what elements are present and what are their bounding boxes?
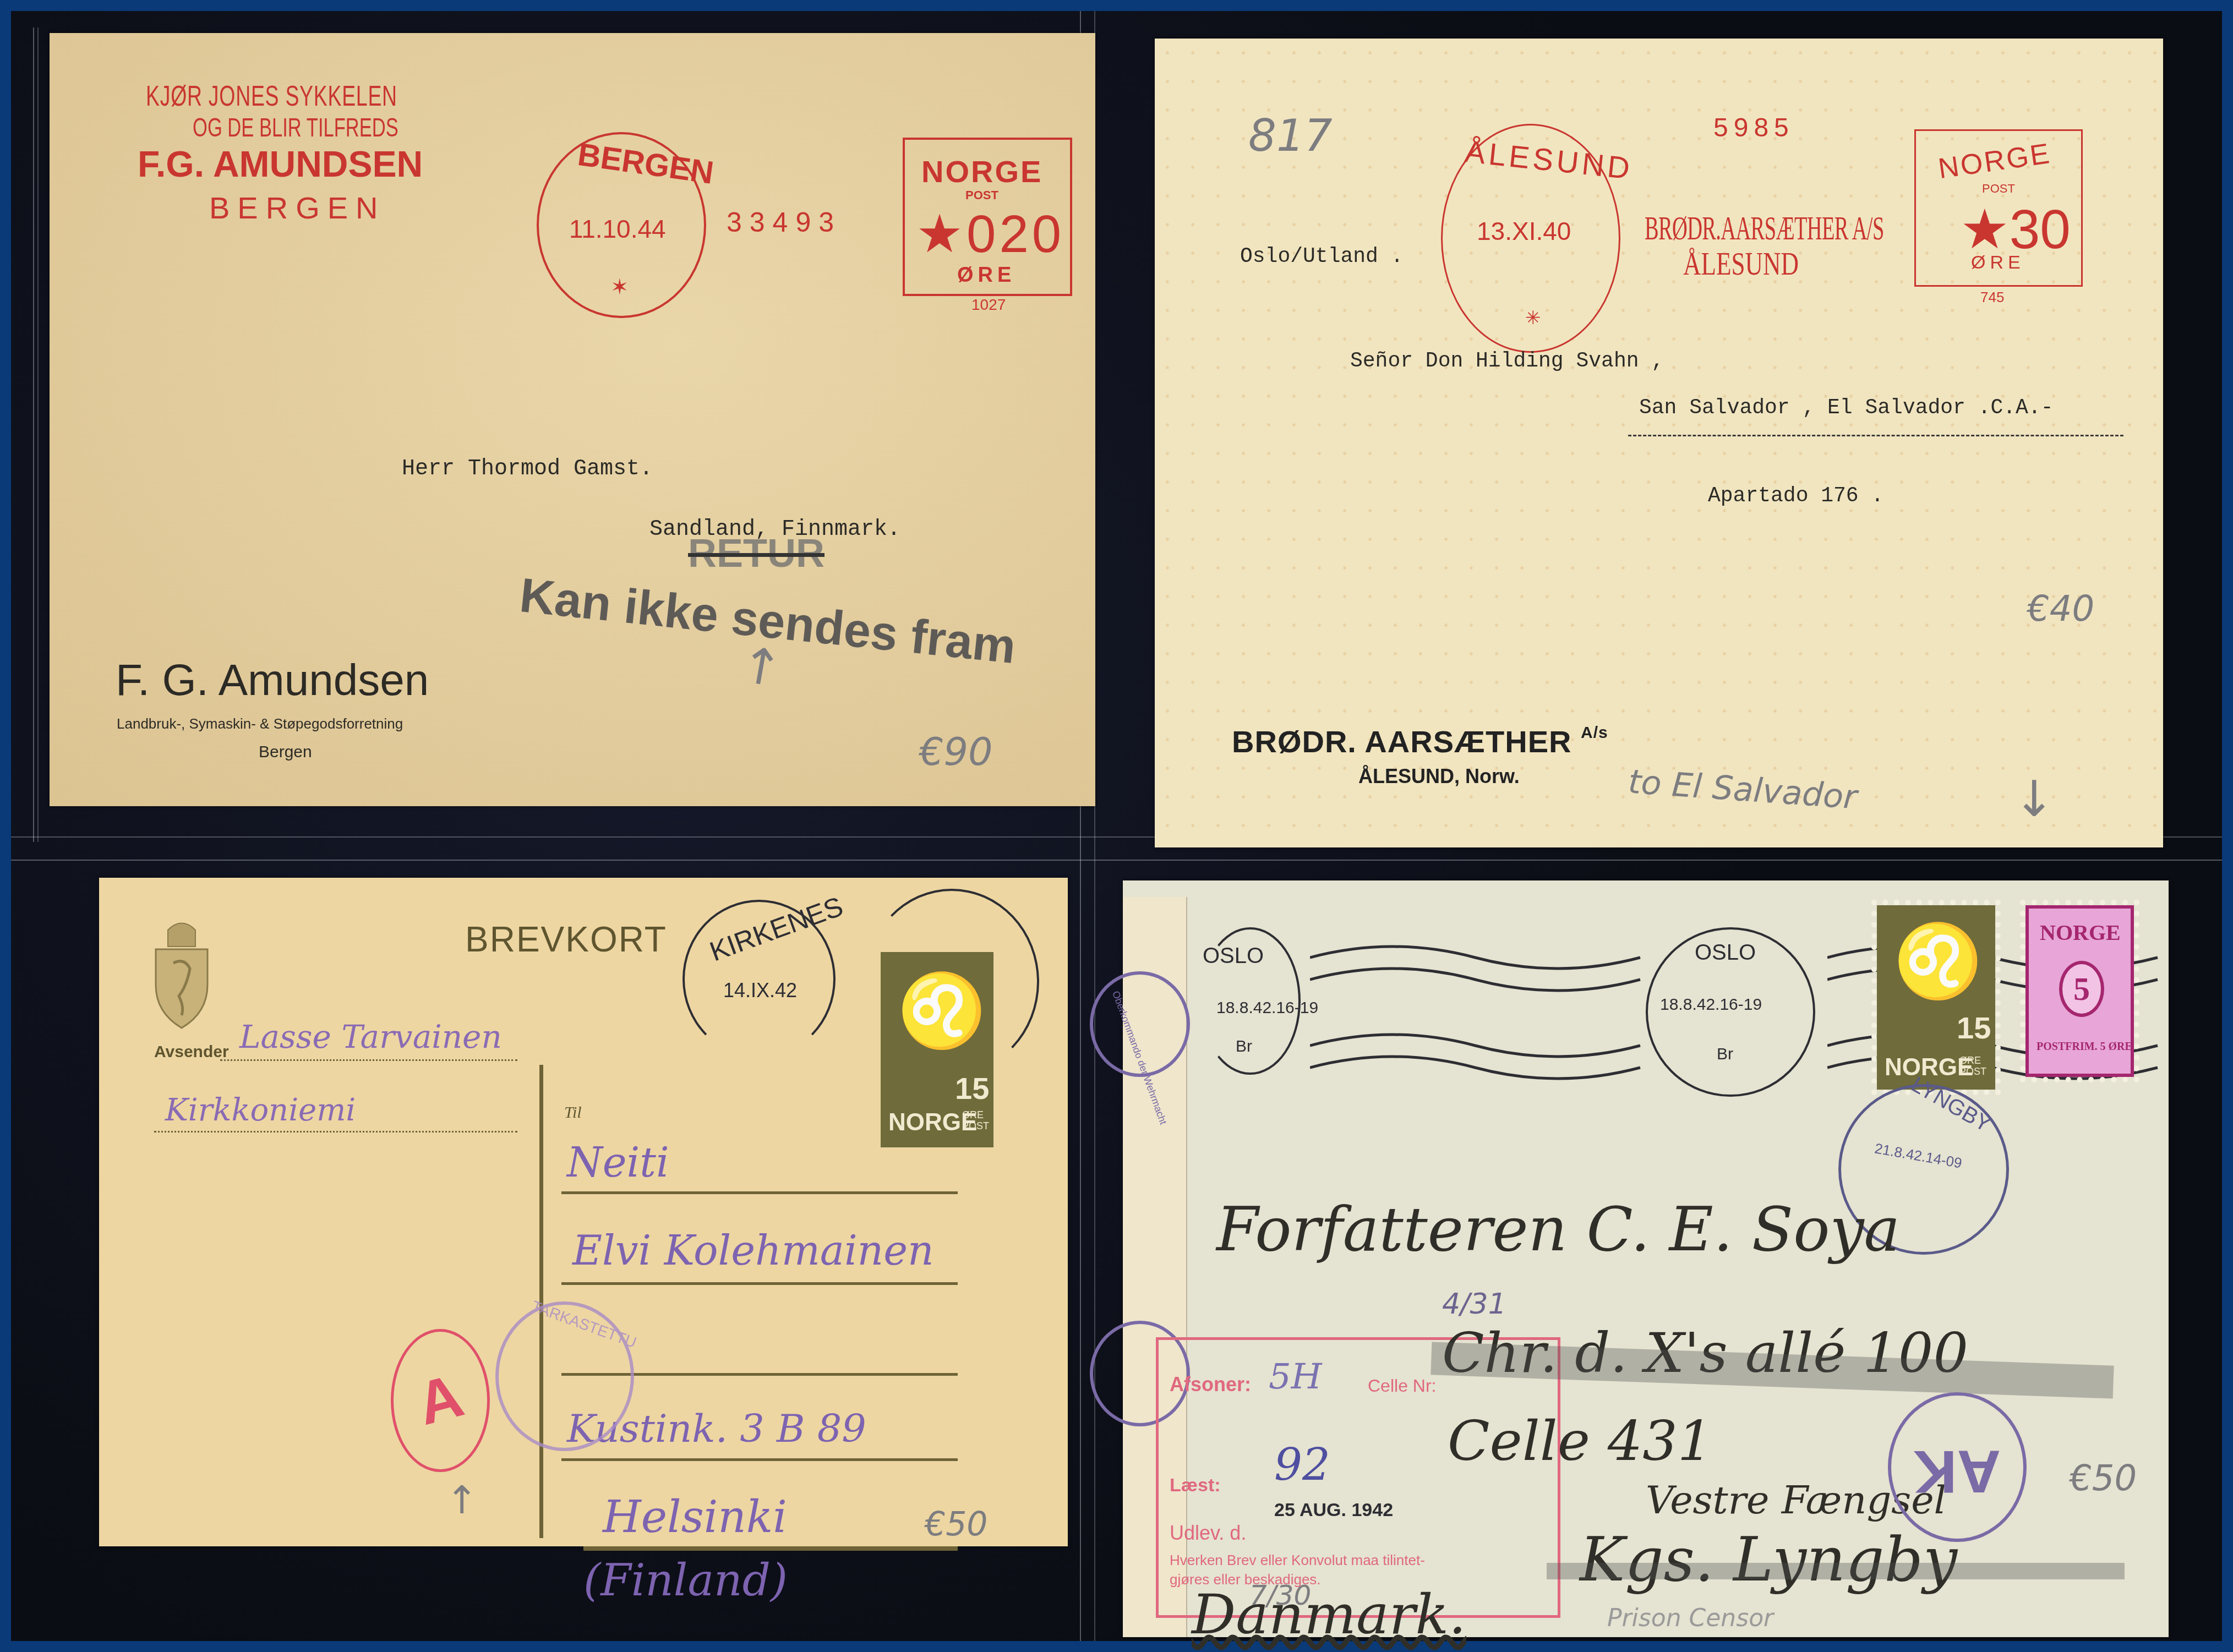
meter-machine-number: 1027 [971,296,1006,314]
stamp-unit: ØREPOST [962,1109,989,1131]
meter-date: 13.XI.40 [1477,216,1571,246]
star-icon: ✶ [610,275,629,300]
stamp-posthorn-5[interactable]: NORGE 5 POSTFRIM. 5 ØRE [2025,905,2134,1077]
meter-slogan: ÅLESUND [1683,245,1799,283]
pencil-strikeout [1547,1563,2125,1579]
stamp-unit-top: ØRE [962,1109,984,1120]
cancel-office: Br [1717,1045,1733,1064]
cover-bergen: KJØR JONES SYKKELEN OG DE BLIR TILFREDS … [50,33,1095,806]
meter-currency: ØRE [957,264,1016,287]
meter-currency: ØRE [1971,252,2025,273]
cancel-date: 18.8.42.16-19 [1216,999,1318,1018]
cancel-office: Br [1236,1037,1252,1056]
cover-prison-mail: Oberkommando der Wehrmacht OSLO 18.8.42.… [1123,880,2169,1637]
address-line: Herr Thormod Gamst. [402,457,653,482]
price-note: €40 [2027,589,2094,630]
meter-serial: 33493 [727,206,842,238]
address-line: Señor Don Hilding Svahn , [1350,349,1664,373]
wavy-cancel-lines [1310,936,1651,1090]
prison-value: 5H [1269,1356,1322,1397]
sleeve-edge-left [33,28,39,842]
sender-name: F. G. Amundsen [116,655,429,705]
meter-country: NORGE [1936,137,2053,185]
censor-seal-ak: AK [1888,1392,2027,1542]
meter-date: 11.10.44 [569,214,666,244]
meter-value-box: NORGE POST ★020 ØRE [903,138,1072,296]
address-line: Apartado 176 . [1708,484,1883,508]
postmark-kirkenes-2 [864,889,1039,1075]
meter-machine-number: 745 [1980,289,2004,306]
typed-underline [1628,435,2123,436]
meter-serial: 5985 [1713,113,1794,143]
lion-icon: ♌ [1893,919,1983,1003]
prison-date-stamp: 25 AUG. 1942 [1274,1500,1393,1521]
stamp-unit-top: ØRE [1959,1055,1981,1066]
prison-label: Udlev. d. [1170,1522,1246,1545]
sender-name-text: BRØDR. AARSÆTHER [1232,724,1571,759]
censor-seal-wehrmacht: Oberkommando der Wehrmacht [1090,971,1190,1077]
stamp-label: POSTFRIM. 5 ØRE [2037,1041,2132,1053]
sender-business: Landbruk-, Symaskin- & Støpegodsforretni… [117,715,403,732]
stamp-country: NORGE [2040,920,2121,945]
stamp-value: 15 [1957,1010,1991,1046]
postmark-date: 14.IX.42 [723,979,797,1002]
sender-city: Bergen [259,743,312,762]
pencil-note: to El Salvador [1627,763,1858,817]
advert-line: KJØR JONES SYKKELEN [146,80,397,113]
meter-post: POST [1982,182,2015,196]
sender-label: Avsender [154,1043,229,1062]
price-note: €90 [919,729,993,774]
meter-slogan: BRØDR.AARSÆTHER A/S [1645,209,1884,248]
pencil-arrow: ↓ [2013,770,2055,828]
postcard-brevkort: BREVKORT Avsender Lasse Tarvainen Kirkko… [99,878,1068,1546]
prison-label: Afsoner: [1170,1373,1251,1396]
meter-datestamp: ÅLESUND 13.XI.40 ✳ [1441,124,1620,353]
address-rule [561,1191,958,1194]
address-handwriting: Elvi Kolehmainen [572,1227,934,1274]
price-note: €50 [2070,1458,2137,1499]
meter-post: POST [965,188,998,203]
meter-value-box: NORGE POST ★30 ØRE [1914,129,2083,287]
pencil-figure: 4/31 [1442,1288,1506,1321]
sender-line [154,1131,517,1133]
address-handwriting: (Finland) [583,1555,788,1606]
address-rule [561,1458,958,1461]
cover-alesund: 817 ÅLESUND 13.XI.40 ✳ 5985 BRØDR.AARSÆT… [1155,39,2163,847]
prison-footer: Hverken Brev eller Konvolut maa tilintet… [1170,1552,1425,1569]
sender-handwriting: Lasse Tarvainen [239,1018,502,1055]
cancel-town: OSLO [1695,940,1756,965]
address-rule [561,1282,958,1285]
address-handwriting: Helsinki [603,1491,787,1542]
sender-handwriting: Kirkkoniemi [165,1092,356,1128]
address-rule [583,1546,958,1551]
sender-line [220,1059,517,1061]
cancel-town: OSLO [1203,944,1264,969]
sender-suffix: A/s [1581,724,1608,742]
routing-instruction: Oslo/Utland . [1240,245,1403,269]
stamp-lion-15[interactable]: ♌ 15 NORGE ØREPOST [1877,905,1995,1090]
advert-line: BERGEN [209,190,386,226]
address-handwriting: Forfatteren C. E. Soya [1216,1194,1900,1265]
machine-cancel: OSLO 18.8.42.16-19 Br [1646,927,1815,1097]
pencil-arrow: ↑ [446,1478,478,1523]
sender-name: BRØDR. AARSÆTHER A/s [1232,724,1608,759]
address-handwriting: Kgs. Lyngby [1580,1524,1957,1595]
stamp-unit-bottom: POST [962,1120,989,1131]
stamp-unit-bottom: POST [1959,1066,1986,1077]
star-icon: ✳ [1525,307,1541,329]
advert-line: F.G. AMUNDSEN [138,143,423,185]
meter-value: ★020 [916,203,1064,265]
sender-city: ÅLESUND, Norw. [1358,765,1520,788]
prison-label: Celle Nr: [1368,1376,1436,1396]
to-label: Til [564,1103,582,1122]
censor-seal-text: AK [1913,1437,2001,1507]
meter-country: NORGE [921,154,1042,189]
coat-of-arms-icon [151,919,212,1029]
meter-town: ÅLESUND [1463,133,1635,187]
address-handwriting: Neiti [567,1139,669,1186]
censor-mark-red: A [391,1329,490,1472]
prison-label: Læst: [1170,1475,1221,1496]
posthorn-icon: 5 [2059,961,2104,1017]
advert-line: OG DE BLIR TILFREDS [193,113,398,143]
address-handwriting: Danmark. [1192,1582,1466,1646]
prison-value: 92 [1274,1439,1330,1490]
arrival-date: 21.8.42.14-09 [1874,1140,1963,1172]
address-handwriting: Celle 431 [1448,1409,1713,1473]
stamp-unit: ØREPOST [1959,1055,1986,1077]
price-note: €50 [925,1505,988,1544]
postmark-town: KIRKENES [706,890,847,968]
pencil-number: 817 [1248,110,1333,161]
handstamp-retur: RETUR [688,531,825,576]
meter-datestamp: BERGEN 11.10.44 ✶ [537,132,706,318]
address-line: San Salvador , El Salvador .C.A.- [1639,396,2054,420]
censor-letter: A [410,1360,471,1439]
censor-seal-text: TARKASTETTU [529,1298,639,1352]
meter-town: BERGEN [576,136,716,192]
censor-seal-purple: TARKASTETTU [495,1301,634,1451]
card-title: BREVKORT [465,919,667,960]
pencil-note: Prison Censor [1607,1604,1773,1632]
postmark-kirkenes: KIRKENES 14.IX.42 [683,900,836,1058]
stamp-value: 15 [955,1070,989,1106]
cancel-date: 18.8.42.16-19 [1660,995,1762,1014]
